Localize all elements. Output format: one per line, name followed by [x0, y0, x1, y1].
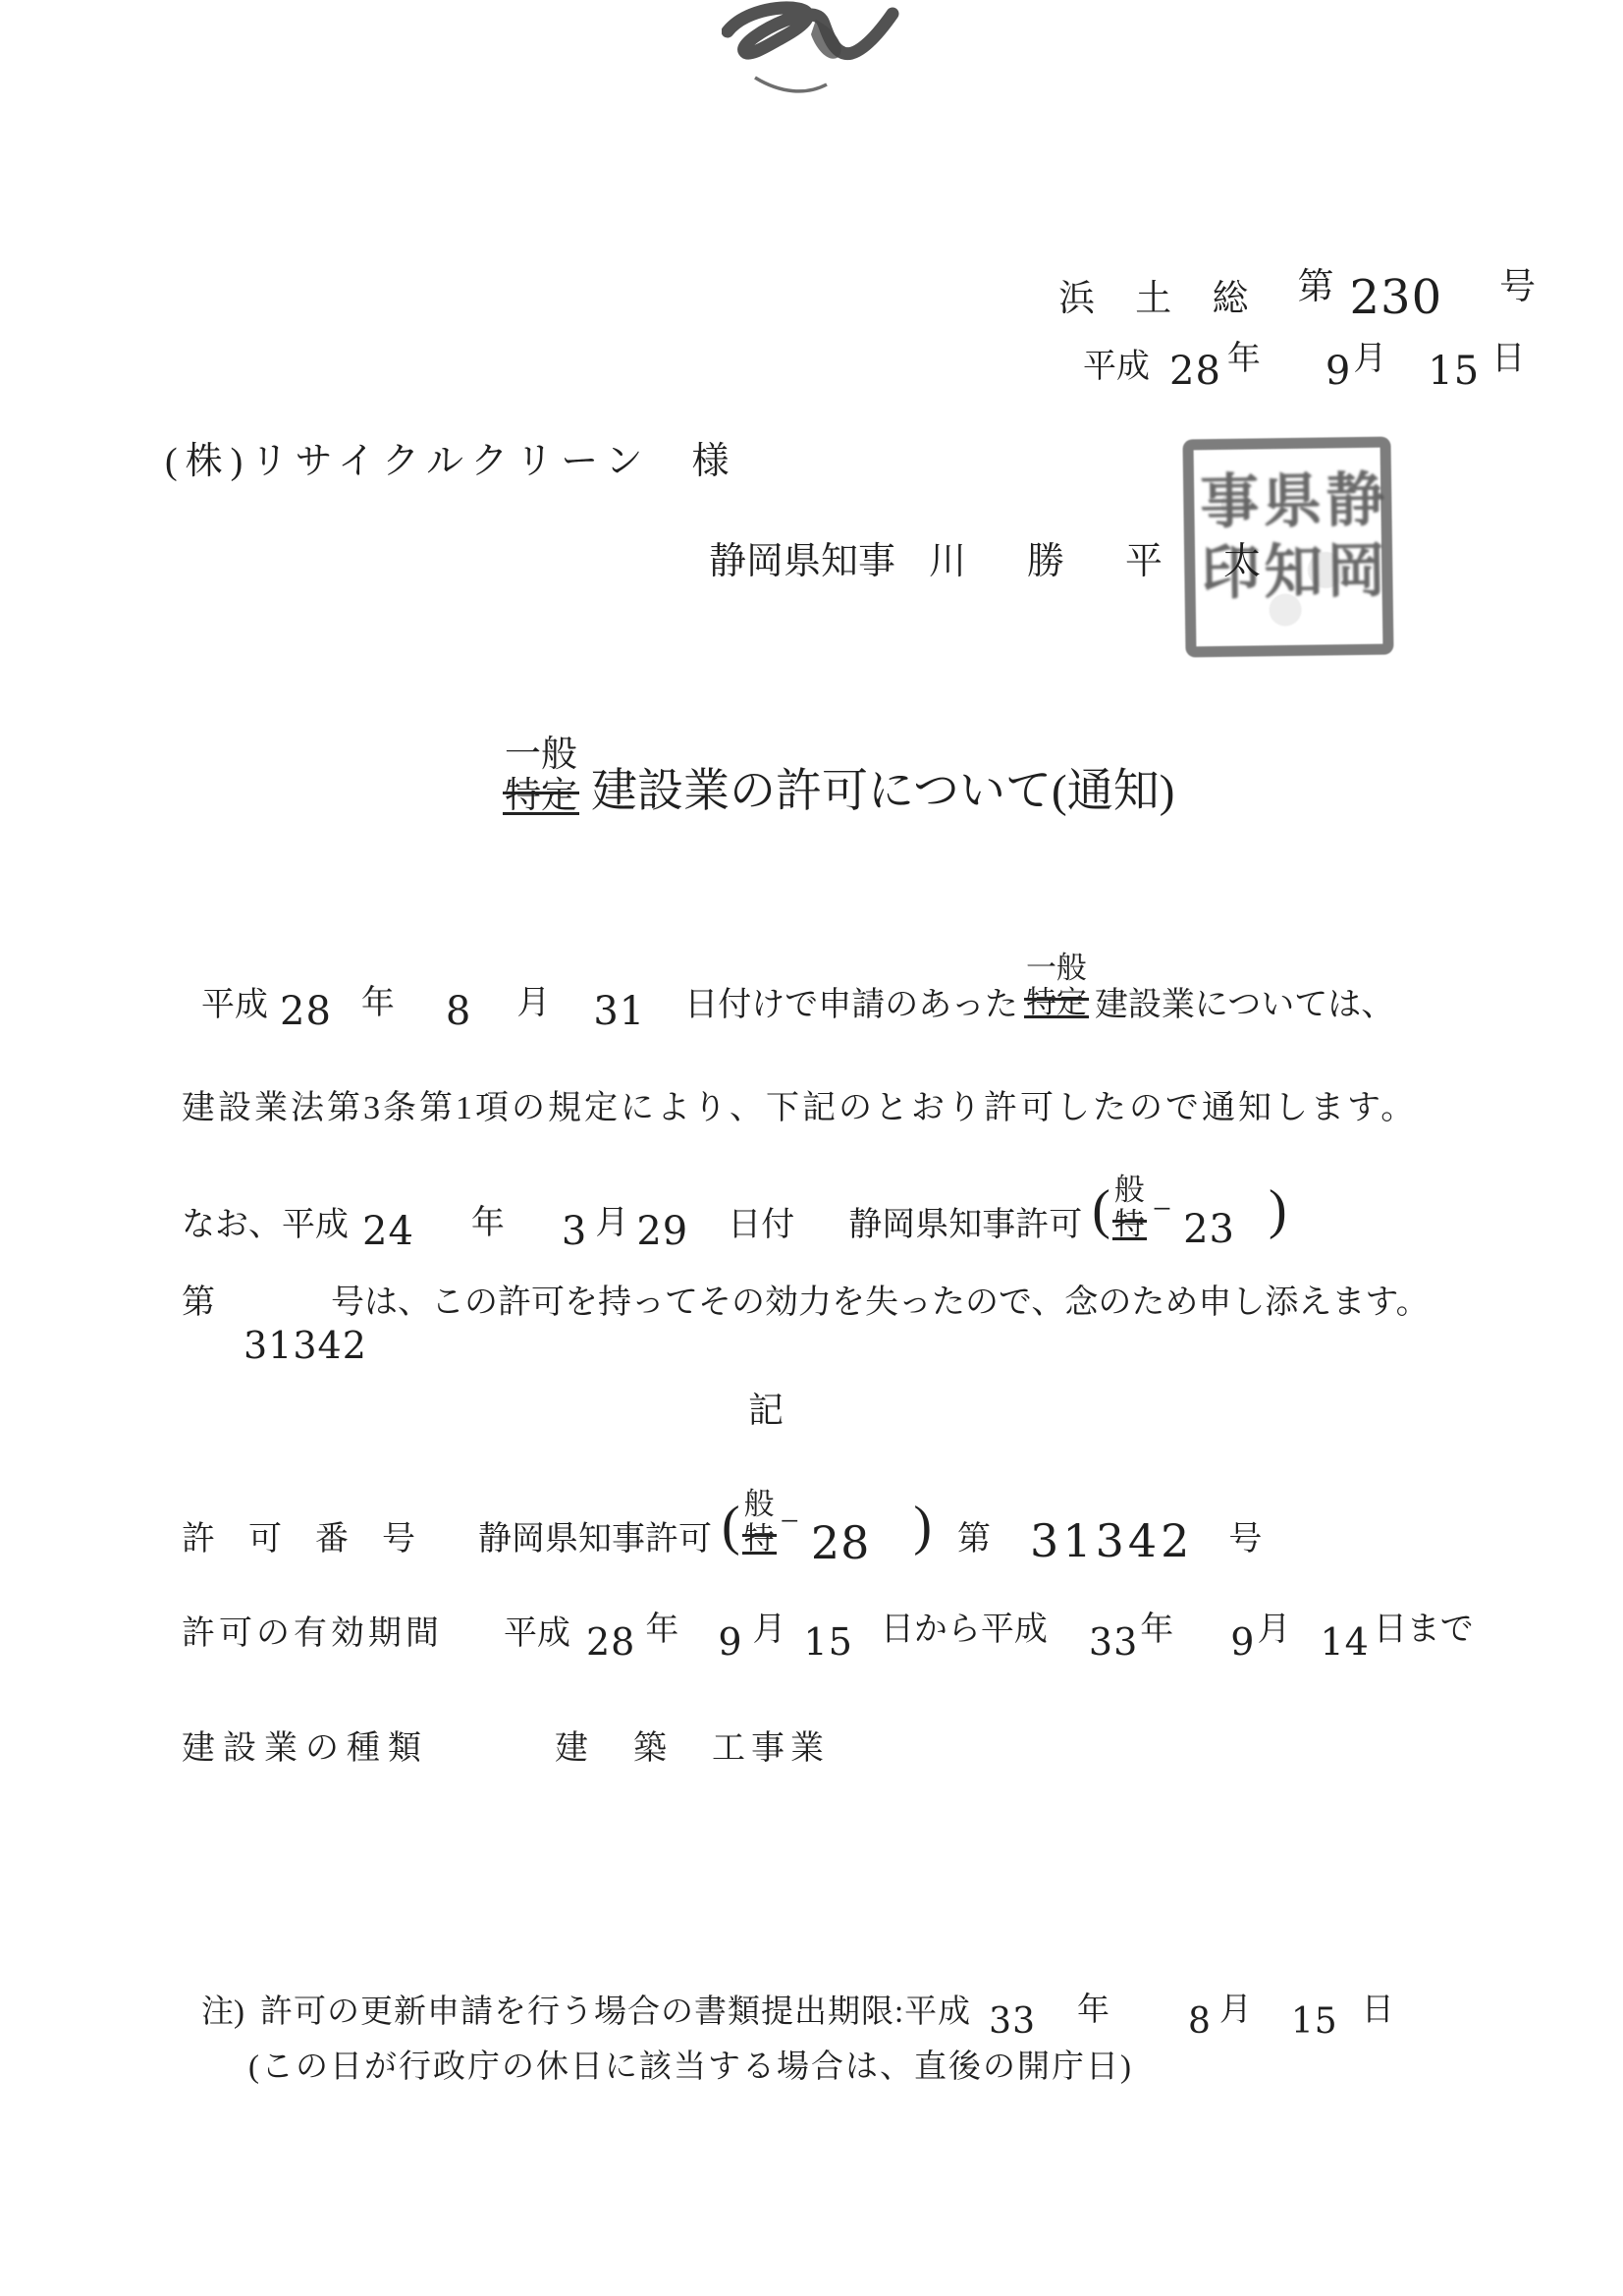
validity-to-day: 14: [1320, 1620, 1369, 1664]
p1-general: 一般: [1026, 951, 1087, 985]
p2-text: 建設業法第3条第1項の規定により、下記のとおり許可したので通知します。: [182, 1080, 1417, 1128]
validity-y2: 年: [1140, 1602, 1173, 1650]
validity-from-year: 28: [586, 1620, 635, 1664]
title-text: 建設業の許可について(通知): [591, 754, 1174, 820]
p4-number: 31342: [243, 1324, 367, 1367]
business-type-value: 建 築 工事業: [555, 1721, 830, 1769]
office-code: 浜 土 総: [1058, 268, 1265, 321]
date-year: 28: [1169, 349, 1221, 394]
p3-class-stack: 般 特: [1112, 1173, 1147, 1242]
issuer-name: 川 勝 平 太: [929, 530, 1272, 584]
validity-from-day: 15: [804, 1620, 853, 1664]
validity-to-month: 9: [1230, 1620, 1255, 1664]
validity-y1: 年: [645, 1602, 678, 1650]
p1-year-suffix: 年: [361, 975, 395, 1023]
p1-year: 28: [280, 989, 332, 1034]
validity-from-to: 日から平成: [881, 1602, 1048, 1650]
p3-paren-open: (: [1092, 1178, 1110, 1241]
p1-month-suffix: 月: [516, 975, 550, 1023]
date-day-suffix: 日: [1491, 331, 1525, 379]
addressee-name: (株)リサイクルクリーン: [165, 430, 650, 484]
ref-number: 230: [1350, 270, 1443, 325]
p4-tail: 号は、この許可を持ってその効力を失ったので、念のため申し添えます。: [331, 1275, 1430, 1323]
ref-go: 号: [1499, 256, 1536, 309]
business-type-label: 建設業の種類: [182, 1721, 429, 1769]
addressee-line: (株)リサイクルクリーン 様: [165, 430, 730, 484]
paragraph-1: 平成 28 年 8 月 31 日付けで申請のあった 一般 特定 建設業については…: [201, 977, 1394, 1058]
note-mark: 注): [201, 1986, 244, 2032]
business-type-row: 建設業の種類 建 築 工事業: [182, 1721, 830, 1769]
p1-tail: 建設業については、: [1095, 977, 1394, 1025]
class-general: 一般: [505, 735, 577, 776]
p3-dash: −: [1153, 1191, 1171, 1229]
p3-toku-struck: 特: [1112, 1207, 1147, 1241]
permit-toku-struck: 特: [742, 1521, 777, 1556]
issuer-title: 静岡県知事: [709, 530, 895, 584]
permit-paren-open: (: [722, 1495, 740, 1558]
note-day: 15: [1291, 2001, 1338, 2042]
date-day: 15: [1428, 349, 1480, 394]
date-month: 9: [1325, 349, 1351, 394]
permit-label: 許 可 番 号: [182, 1511, 415, 1559]
p3-month-suffix: 月: [595, 1195, 628, 1243]
validity-m2: 月: [1257, 1602, 1290, 1650]
note-line-2: (この日が行政庁の休日に該当する場合は、直後の開庁日): [248, 2041, 1133, 2087]
paragraph-3: なお、平成 24 年 3 月 29 日付 静岡県知事許可 ( 般 特 − 23 …: [182, 1186, 1287, 1278]
permit-han: 般: [744, 1487, 775, 1521]
p3-lead: なお、平成: [182, 1197, 349, 1245]
paragraph-4: 第 号は、この許可を持ってその効力を失ったので、念のため申し添えます。: [182, 1275, 1430, 1323]
p4-dai: 第: [182, 1275, 215, 1323]
note-month-suffix: 月: [1219, 1984, 1252, 2030]
ki-text: 記: [748, 1383, 789, 1433]
p3-after-date: 日付: [728, 1197, 794, 1245]
paragraph-4-number: 31342: [243, 1324, 367, 1367]
permit-class-stack: 般 特: [742, 1487, 777, 1557]
p1-day: 31: [593, 989, 645, 1034]
p1-after-date: 日付けで申請のあった: [684, 977, 1018, 1025]
p3-paren-close: ): [1269, 1178, 1287, 1241]
ki-heading: 記: [748, 1383, 789, 1433]
doc-date-line: 平成 28 年 9 月 15 日: [1083, 339, 1525, 387]
p3-month: 3: [562, 1209, 587, 1254]
p3-han: 般: [1114, 1173, 1145, 1207]
validity-tail: 日まで: [1374, 1602, 1474, 1650]
date-year-suffix: 年: [1227, 331, 1261, 379]
p3-number: 23: [1183, 1207, 1235, 1252]
scanned-permit-notification: 浜 土 総 第 230 号 平成 28 年 9 月 15 日 (株)リサイクルク…: [0, 0, 1623, 2296]
date-month-suffix: 月: [1353, 331, 1386, 379]
validity-m1: 月: [753, 1602, 786, 1650]
p3-year: 24: [362, 1209, 414, 1254]
p1-specific-struck: 特定: [1024, 985, 1089, 1019]
ref-dai: 第: [1298, 256, 1334, 309]
p3-year-suffix: 年: [471, 1195, 505, 1243]
validity-label: 許可の有効期間: [182, 1606, 443, 1654]
permit-dai: 第: [957, 1511, 991, 1559]
validity-era: 平成: [504, 1606, 570, 1654]
permit-authority: 静岡県知事許可: [478, 1511, 712, 1559]
p3-authority: 静岡県知事許可: [848, 1197, 1082, 1245]
note-parenthetical: (この日が行政庁の休日に該当する場合は、直後の開庁日): [248, 2041, 1133, 2087]
issuer-line: 静岡県知事 川 勝 平 太: [709, 530, 1272, 584]
date-era: 平成: [1083, 339, 1150, 387]
permit-class-stack: 一般 特定: [503, 735, 579, 817]
permit-go: 号: [1228, 1511, 1262, 1559]
handwritten-scribble-icon: [722, 0, 900, 108]
validity-from-month: 9: [718, 1620, 742, 1664]
validity-to-year: 33: [1089, 1620, 1138, 1664]
permit-dash: −: [781, 1503, 799, 1541]
doc-ref-line: 浜 土 総 第 230 号: [1058, 267, 1536, 322]
note-day-suffix: 日: [1362, 1984, 1394, 2030]
p1-month: 8: [446, 989, 471, 1034]
permit-paren-close: ): [913, 1495, 932, 1558]
permit-number-row: 許 可 番 号 静岡県知事許可 ( 般 特 − 28 ) 第 31342 号: [182, 1501, 1262, 1592]
addressee-honorific: 様: [691, 430, 729, 484]
note-year-suffix: 年: [1077, 1984, 1109, 2030]
note-line-1: 注) 許可の更新申請を行う場合の書類提出期限:平成 33 年 8 月 15 日: [201, 1986, 1394, 2032]
permit-year: 28: [811, 1516, 871, 1569]
note-month: 8: [1188, 2001, 1212, 2042]
validity-row: 許可の有効期間 平成 28 年 9 月 15 日から平成 33 年 9 月 14…: [182, 1606, 1474, 1654]
class-specific-struck: 特定: [503, 776, 579, 817]
p1-class-stack: 一般 特定: [1024, 951, 1089, 1020]
permit-number: 31342: [1030, 1514, 1193, 1567]
paragraph-2: 建設業法第3条第1項の規定により、下記のとおり許可したので通知します。: [182, 1080, 1417, 1128]
p3-day: 29: [636, 1209, 688, 1254]
p1-era: 平成: [201, 977, 268, 1025]
doc-title: 一般 特定 建設業の許可について(通知): [503, 735, 1174, 817]
note-text: 許可の更新申請を行う場合の書類提出期限:平成: [260, 1986, 971, 2032]
note-year: 33: [989, 2001, 1036, 2042]
